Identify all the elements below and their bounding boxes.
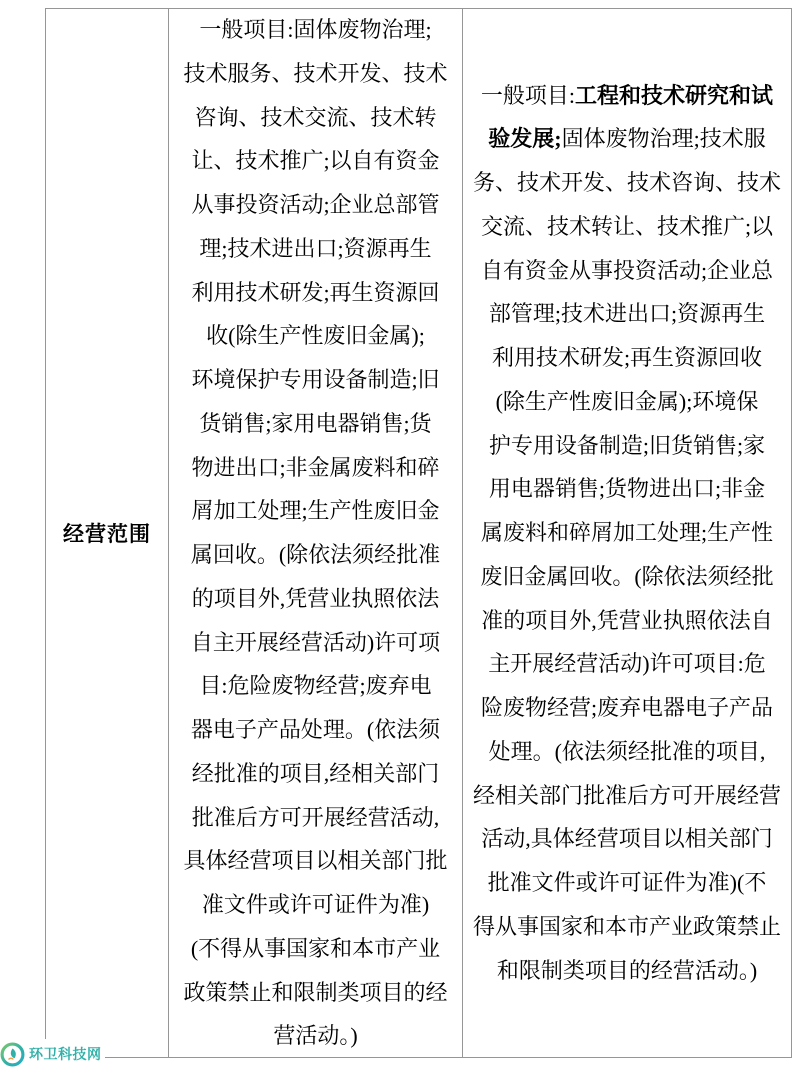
text-line: 让、技术推广;以自有资金 [169, 139, 462, 183]
row-header-cell: 经营范围 [46, 9, 169, 1057]
scope-before-text: 一般项目:固体废物治理;技术服务、技术开发、技术咨询、技术交流、技术转让、技术推… [169, 9, 462, 1057]
text-segment: 固体废物治理;技术服 [562, 126, 766, 151]
scope-after-text-rest: 务、技术开发、技术咨询、技术交流、技术转让、技术推广;以自有资金从事投资活动;企… [463, 161, 791, 992]
text-line: 从事投资活动;企业总部管 [169, 183, 462, 227]
text-line: 理;技术进出口;资源再生 [169, 227, 462, 271]
text-line: 屑加工处理;生产性废旧金 [169, 489, 462, 533]
text-line: 目:危险废物经营;废弃电 [169, 664, 462, 708]
text-line: 批准文件或许可证件为准)(不 [463, 861, 791, 905]
watermark: 环卫科技网 [0, 1039, 105, 1069]
text-segment: 一般项目: [481, 83, 575, 108]
text-line: 货销售;家用电器销售;货 [169, 402, 462, 446]
text-line: 交流、技术转让、技术推广;以 [463, 205, 791, 249]
leaf-circle-logo-icon [0, 1042, 25, 1067]
text-line: 用电器销售;货物进出口;非金 [463, 467, 791, 511]
text-line: 属废料和碎屑加工处理;生产性 [463, 511, 791, 555]
text-line: 环境保护专用设备制造;旧 [169, 358, 462, 402]
text-line: (不得从事国家和本市产业 [169, 927, 462, 971]
text-segment-bold: 验发展; [488, 126, 561, 151]
text-line: 得从事国家和本市产业政策禁止 [463, 905, 791, 949]
text-line: 活动,具体经营项目以相关部门 [463, 817, 791, 861]
row-header-label: 经营范围 [63, 518, 151, 548]
text-line: 一般项目:工程和技术研究和试 [463, 74, 791, 118]
text-line: 物进出口;非金属废料和碎 [169, 446, 462, 490]
watermark-site-name: 环卫科技网 [29, 1044, 102, 1064]
text-line: 营活动。) [169, 1014, 462, 1057]
text-line: 处理。(依法须经批准的项目, [463, 730, 791, 774]
text-line: 准文件或许可证件为准) [169, 883, 462, 927]
text-line: 利用技术研发;再生资源回 [169, 271, 462, 315]
text-line: 属回收。(除依法须经批准 [169, 533, 462, 577]
text-line: 险废物经营;废弃电器电子产品 [463, 686, 791, 730]
business-scope-table: 经营范围 一般项目:固体废物治理;技术服务、技术开发、技术咨询、技术交流、技术转… [45, 8, 792, 1058]
text-line: 准的项目外,凭营业执照依法自 [463, 599, 791, 643]
text-line: 部管理;技术进出口;资源再生 [463, 292, 791, 336]
text-line: 和限制类项目的经营活动。) [463, 949, 791, 993]
text-line: 利用技术研发;再生资源回收 [463, 336, 791, 380]
text-line: 经相关部门批准后方可开展经营 [463, 774, 791, 818]
text-line: 的项目外,凭营业执照依法 [169, 577, 462, 621]
text-line: 自主开展经营活动)许可项 [169, 621, 462, 665]
text-line: 咨询、技术交流、技术转 [169, 96, 462, 140]
text-line: 技术服务、技术开发、技术 [169, 52, 462, 96]
text-line: (除生产性废旧金属);环境保 [463, 380, 791, 424]
document-page: 经营范围 一般项目:固体废物治理;技术服务、技术开发、技术咨询、技术交流、技术转… [0, 0, 800, 1072]
text-line: 经批准的项目,经相关部门 [169, 752, 462, 796]
text-line: 主开展经营活动)许可项目:危 [463, 642, 791, 686]
text-line: 自有资金从事投资活动;企业总 [463, 249, 791, 293]
text-line: 收(除生产性废旧金属); [169, 314, 462, 358]
text-line: 废旧金属回收。(除依法须经批 [463, 555, 791, 599]
text-line: 务、技术开发、技术咨询、技术 [463, 161, 791, 205]
text-line: 批准后方可开展经营活动, [169, 796, 462, 840]
text-line: 具体经营项目以相关部门批 [169, 839, 462, 883]
scope-before-cell: 一般项目:固体废物治理;技术服务、技术开发、技术咨询、技术交流、技术转让、技术推… [169, 9, 463, 1057]
text-line: 护专用设备制造;旧货销售;家 [463, 424, 791, 468]
scope-after-text: 一般项目:工程和技术研究和试 验发展;固体废物治理;技术服 务、技术开发、技术咨… [463, 74, 791, 993]
text-line: 验发展;固体废物治理;技术服 [463, 117, 791, 161]
text-segment-bold: 工程和技术研究和试 [575, 83, 773, 108]
text-line: 政策禁止和限制类项目的经 [169, 971, 462, 1015]
text-line: 器电子产品处理。(依法须 [169, 708, 462, 752]
scope-after-cell: 一般项目:工程和技术研究和试 验发展;固体废物治理;技术服 务、技术开发、技术咨… [463, 9, 791, 1057]
text-line: 一般项目:固体废物治理; [169, 9, 462, 52]
